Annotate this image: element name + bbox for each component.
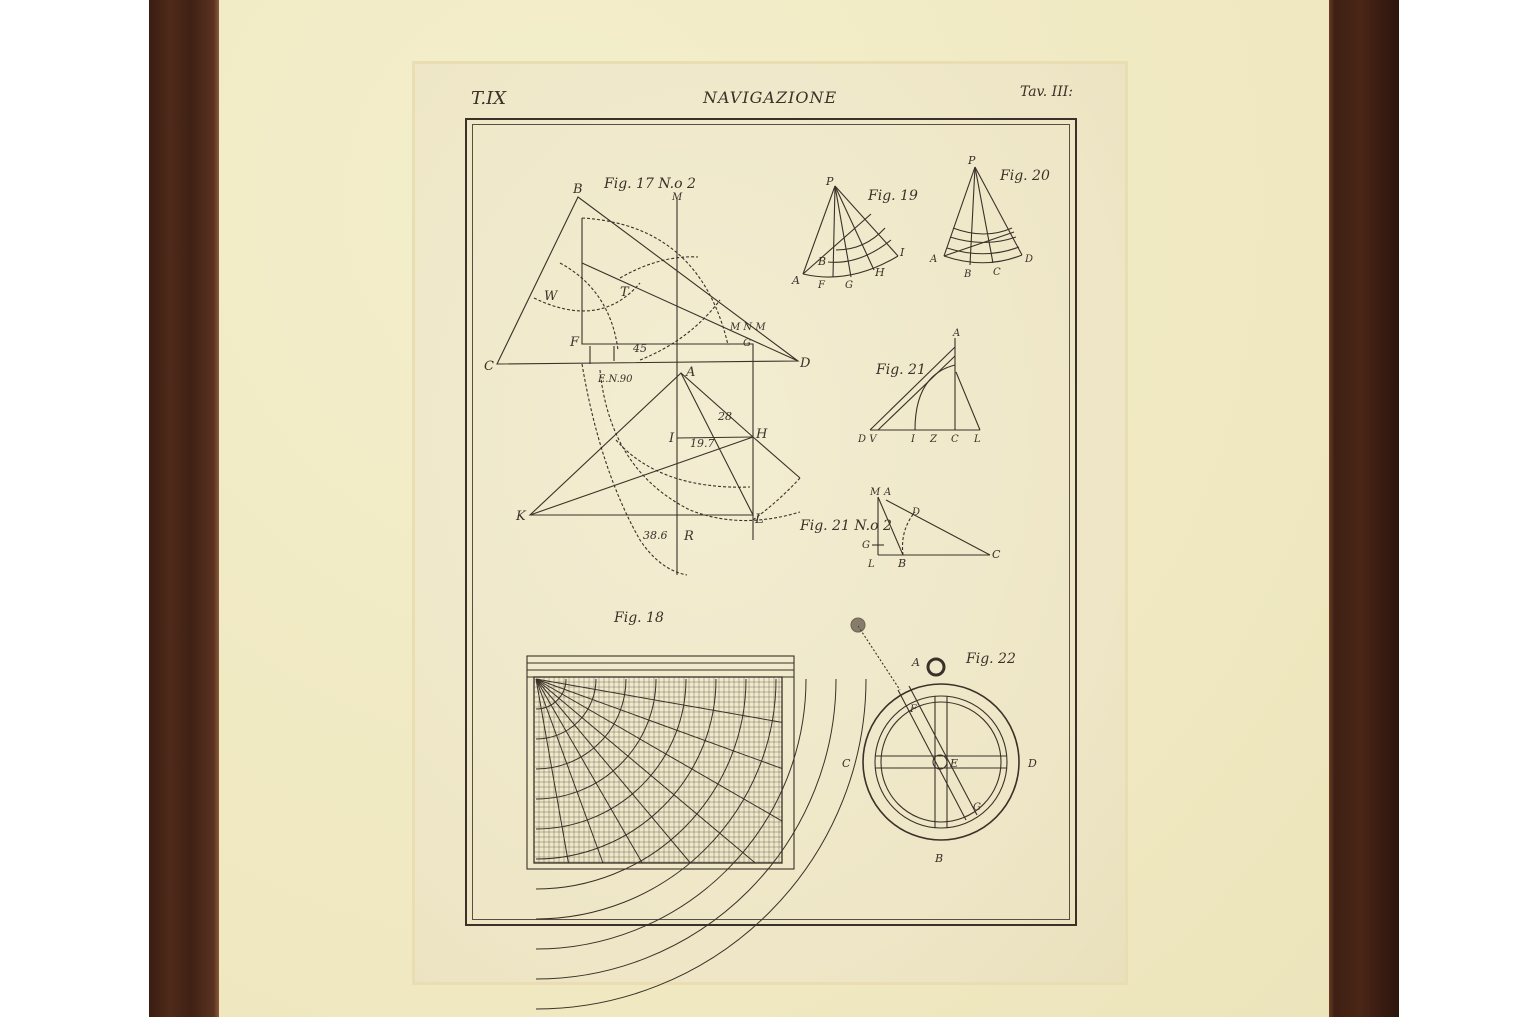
fig21-caption: Fig. 21 [875,362,926,378]
svg-text:38.6: 38.6 [643,529,668,542]
svg-text:H: H [755,427,768,442]
svg-text:L: L [867,559,875,570]
svg-text:A: A [685,365,695,380]
svg-text:R: R [683,529,694,544]
svg-text:D: D [799,356,811,371]
svg-text:D: D [1027,757,1037,770]
svg-text:B: B [963,269,971,280]
svg-text:C: C [951,434,959,445]
svg-text:W: W [544,289,559,304]
fig22-caption: Fig. 22 [965,651,1016,667]
svg-text:C: C [484,359,494,374]
fig20-caption: Fig. 20 [999,168,1050,184]
svg-text:P: P [967,154,976,167]
svg-text:28: 28 [717,410,732,423]
svg-text:E: E [949,757,958,770]
svg-text:P: P [825,175,834,188]
svg-text:A: A [929,254,937,265]
svg-text:C: C [993,267,1001,278]
svg-text:19.7: 19.7 [690,437,715,450]
svg-text:G: G [862,540,870,551]
svg-text:Z: Z [929,434,938,445]
svg-text:M N M: M N M [729,322,766,333]
engraving-figures: Fig. 17 N.o 2 BM CD FG WT 45 E.N.90 M N … [0,0,1536,1017]
svg-text:F: F [817,280,826,291]
fig21n2-caption: Fig. 21 N.o 2 [799,518,892,534]
svg-text:I: I [668,431,675,446]
svg-text:A: A [952,328,960,339]
svg-text:B: B [572,182,583,197]
svg-text:E.N.90: E.N.90 [597,374,633,385]
svg-text:D: D [1024,254,1033,265]
svg-text:H: H [874,266,885,279]
figure-18-traverse-table [527,656,866,1009]
svg-text:F: F [569,335,580,350]
svg-text:G: G [845,280,853,291]
svg-text:B: B [897,557,906,570]
svg-text:C: C [842,757,851,770]
svg-text:T: T [620,285,630,300]
svg-text:B: B [934,852,943,865]
svg-text:D: D [911,507,920,518]
svg-text:M: M [869,487,881,498]
svg-text:K: K [515,509,527,524]
svg-text:G: G [973,802,981,813]
svg-text:A: A [791,274,800,287]
svg-text:L: L [973,434,981,445]
svg-text:I: I [899,246,905,259]
figure-21 [870,338,980,430]
svg-text:A: A [911,656,920,669]
svg-text:C: C [992,548,1001,561]
svg-text:M: M [671,192,683,203]
fig17-caption: Fig. 17 N.o 2 [603,176,696,192]
svg-text:B: B [817,255,826,268]
svg-text:F: F [909,704,918,715]
svg-text:G: G [743,338,751,349]
fig18-caption: Fig. 18 [613,610,664,626]
svg-text:A: A [883,487,891,498]
svg-text:L: L [754,512,764,527]
fig19-caption: Fig. 19 [867,188,918,204]
svg-text:D V: D V [857,434,878,445]
svg-text:I: I [910,434,916,445]
svg-text:45: 45 [632,342,647,355]
